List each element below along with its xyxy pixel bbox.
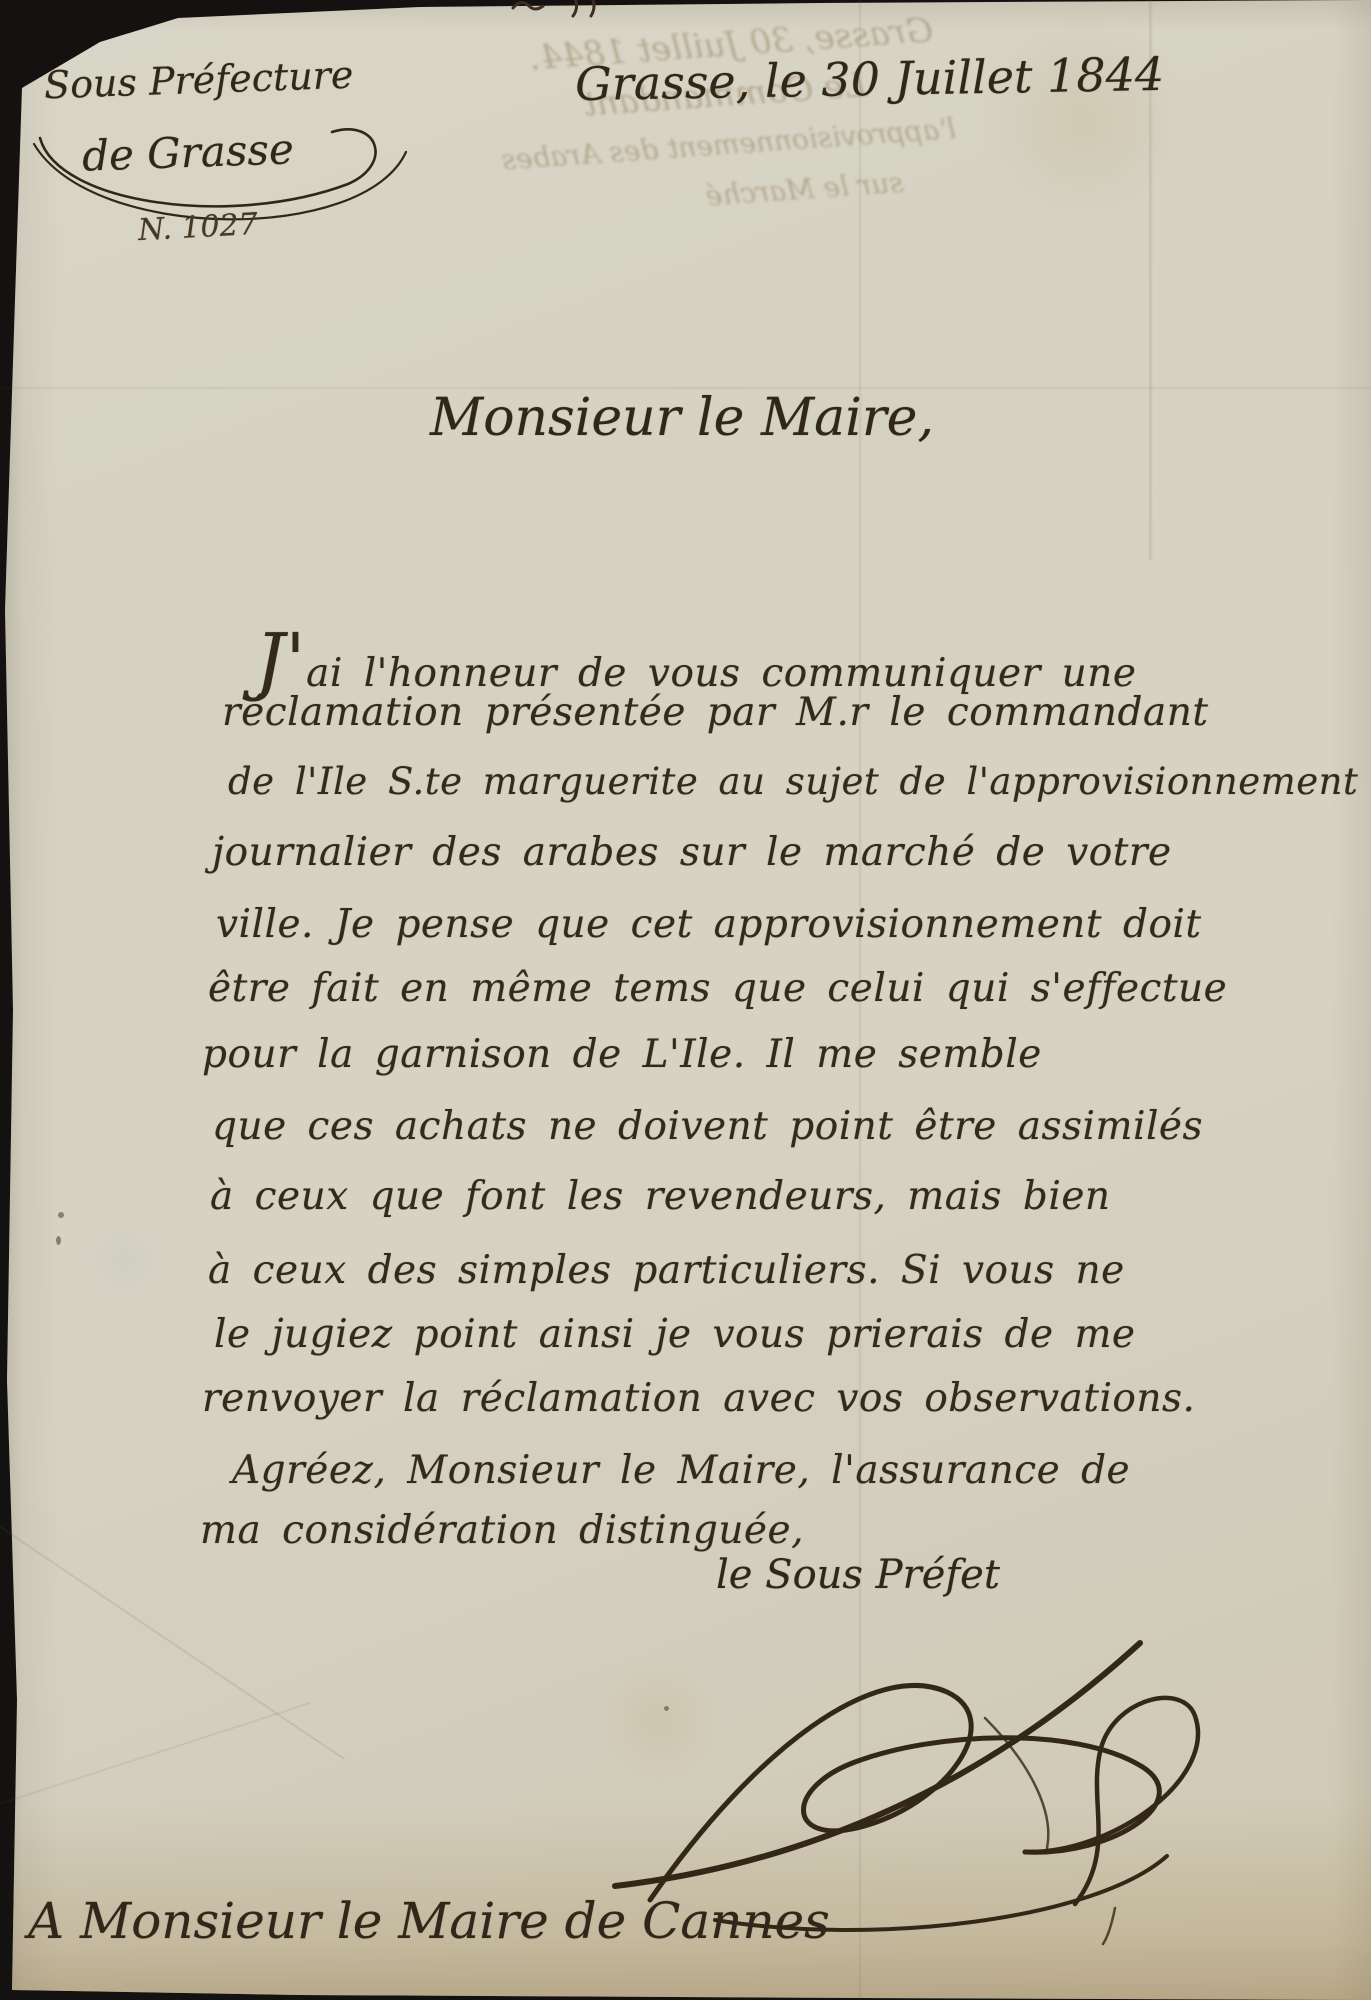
body-line: renvoyer la réclamation avec vos observa… <box>202 1376 1195 1421</box>
body-line: journalier des arabes sur le marché de v… <box>212 830 1172 875</box>
closing-line: Agréez, Monsieur le Maire, l'assurance d… <box>232 1448 1130 1493</box>
ink-speck <box>58 1212 64 1218</box>
body-line: à ceux des simples particuliers. Si vous… <box>208 1248 1125 1293</box>
body-line: ville. Je pense que cet approvisionnemen… <box>216 902 1202 947</box>
body-line: à ceux que font les revendeurs, mais bie… <box>210 1174 1111 1219</box>
address-line: A Monsieur le Maire de Cannes <box>28 1892 830 1950</box>
body-line: pour la garnison de L'Ile. Il me semble <box>202 1032 1042 1077</box>
ink-speck <box>56 1236 61 1245</box>
body-line: de l'Ile S.te marguerite au sujet de l'a… <box>228 760 1358 803</box>
cut-off-ink-fragment <box>505 0 645 20</box>
letter-scan: Grasse, 30 Juillet 1844.Le Commandantl'a… <box>0 0 1371 2000</box>
letterhead-reference-number: N. 1027 <box>137 207 258 248</box>
salutation: Monsieur le Maire, <box>430 388 934 448</box>
body-line: réclamation présentée par M.r le command… <box>222 690 1209 735</box>
signature-title: le Sous Préfet <box>716 1552 1000 1598</box>
body-line: être fait en même tems que celui qui s'e… <box>208 966 1227 1011</box>
body-line: que ces achats ne doivent point être ass… <box>212 1104 1203 1149</box>
body-line: le jugiez point ainsi je vous prierais d… <box>214 1312 1136 1357</box>
dateline: Grasse, le 30 Juillet 1844 <box>575 47 1165 111</box>
closing-line: ma considération distinguée, <box>200 1508 804 1553</box>
